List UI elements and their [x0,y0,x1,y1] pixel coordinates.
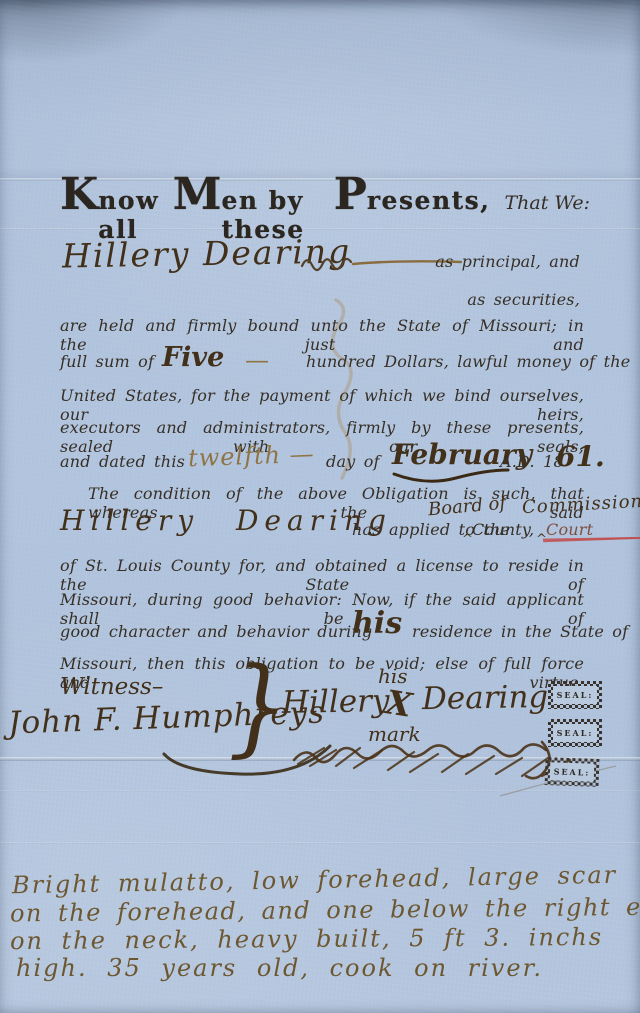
body-line: County, [472,520,534,539]
his-handwritten: his [352,606,402,641]
applicant-name-handwritten: Hillery Dearing [60,504,392,537]
body-line: full sum of [60,352,154,371]
brace-glyph: } [228,644,289,767]
dated-year-handwritten: 61. [556,440,605,473]
fold-crease [0,842,640,844]
seal-label: SEAL: [557,728,594,738]
body-line: residence in the State of [412,622,628,641]
seal-label: SEAL: [557,690,594,700]
dated-day-handwritten: twelfth — [188,440,316,472]
principal-signature-first: Hillery [282,683,390,721]
body-line: and dated this [60,452,185,471]
description-line: high. 35 years old, cook on river. [16,954,543,982]
sum-amount-handwritten: Five [162,342,224,373]
description-line: on the forehead, and one below the right… [10,893,640,928]
struck-word-text: Court [546,520,593,539]
body-line: A.D. 18 [500,452,564,471]
description-line: on the neck, heavy built, 5 ft 3. inchs [10,923,603,955]
seal-stamp: SEAL: [548,719,602,747]
heading-text: resents, [367,186,491,215]
that-we-text: That We: [504,192,590,214]
seal-stamp: SEAL: [548,681,602,709]
witness-label-handwritten: Witness– [60,674,163,700]
principal-signature-last: Dearing [422,679,549,717]
sum-dash-handwritten: — [245,346,269,374]
body-line: of St. Louis County for, and obtained a … [60,556,584,594]
body-line: good character and behavior during [60,622,372,641]
body-line: are held and firmly bound unto the State… [60,316,584,354]
document-paper: Know all Men by these Presents, That We:… [0,0,640,1013]
body-line: hundred Dollars, lawful money of the [306,352,630,371]
struck-word-court: Court [546,520,640,539]
as-principal-text: as principal, and [435,252,580,271]
ink-flourish [392,468,512,484]
body-line: day of [326,452,380,471]
signature-x-mark: X [383,682,414,725]
seal-label: SEAL: [553,766,590,777]
seal-stamp: SEAL: [545,757,600,787]
as-securities-text: as securities, [467,290,580,309]
